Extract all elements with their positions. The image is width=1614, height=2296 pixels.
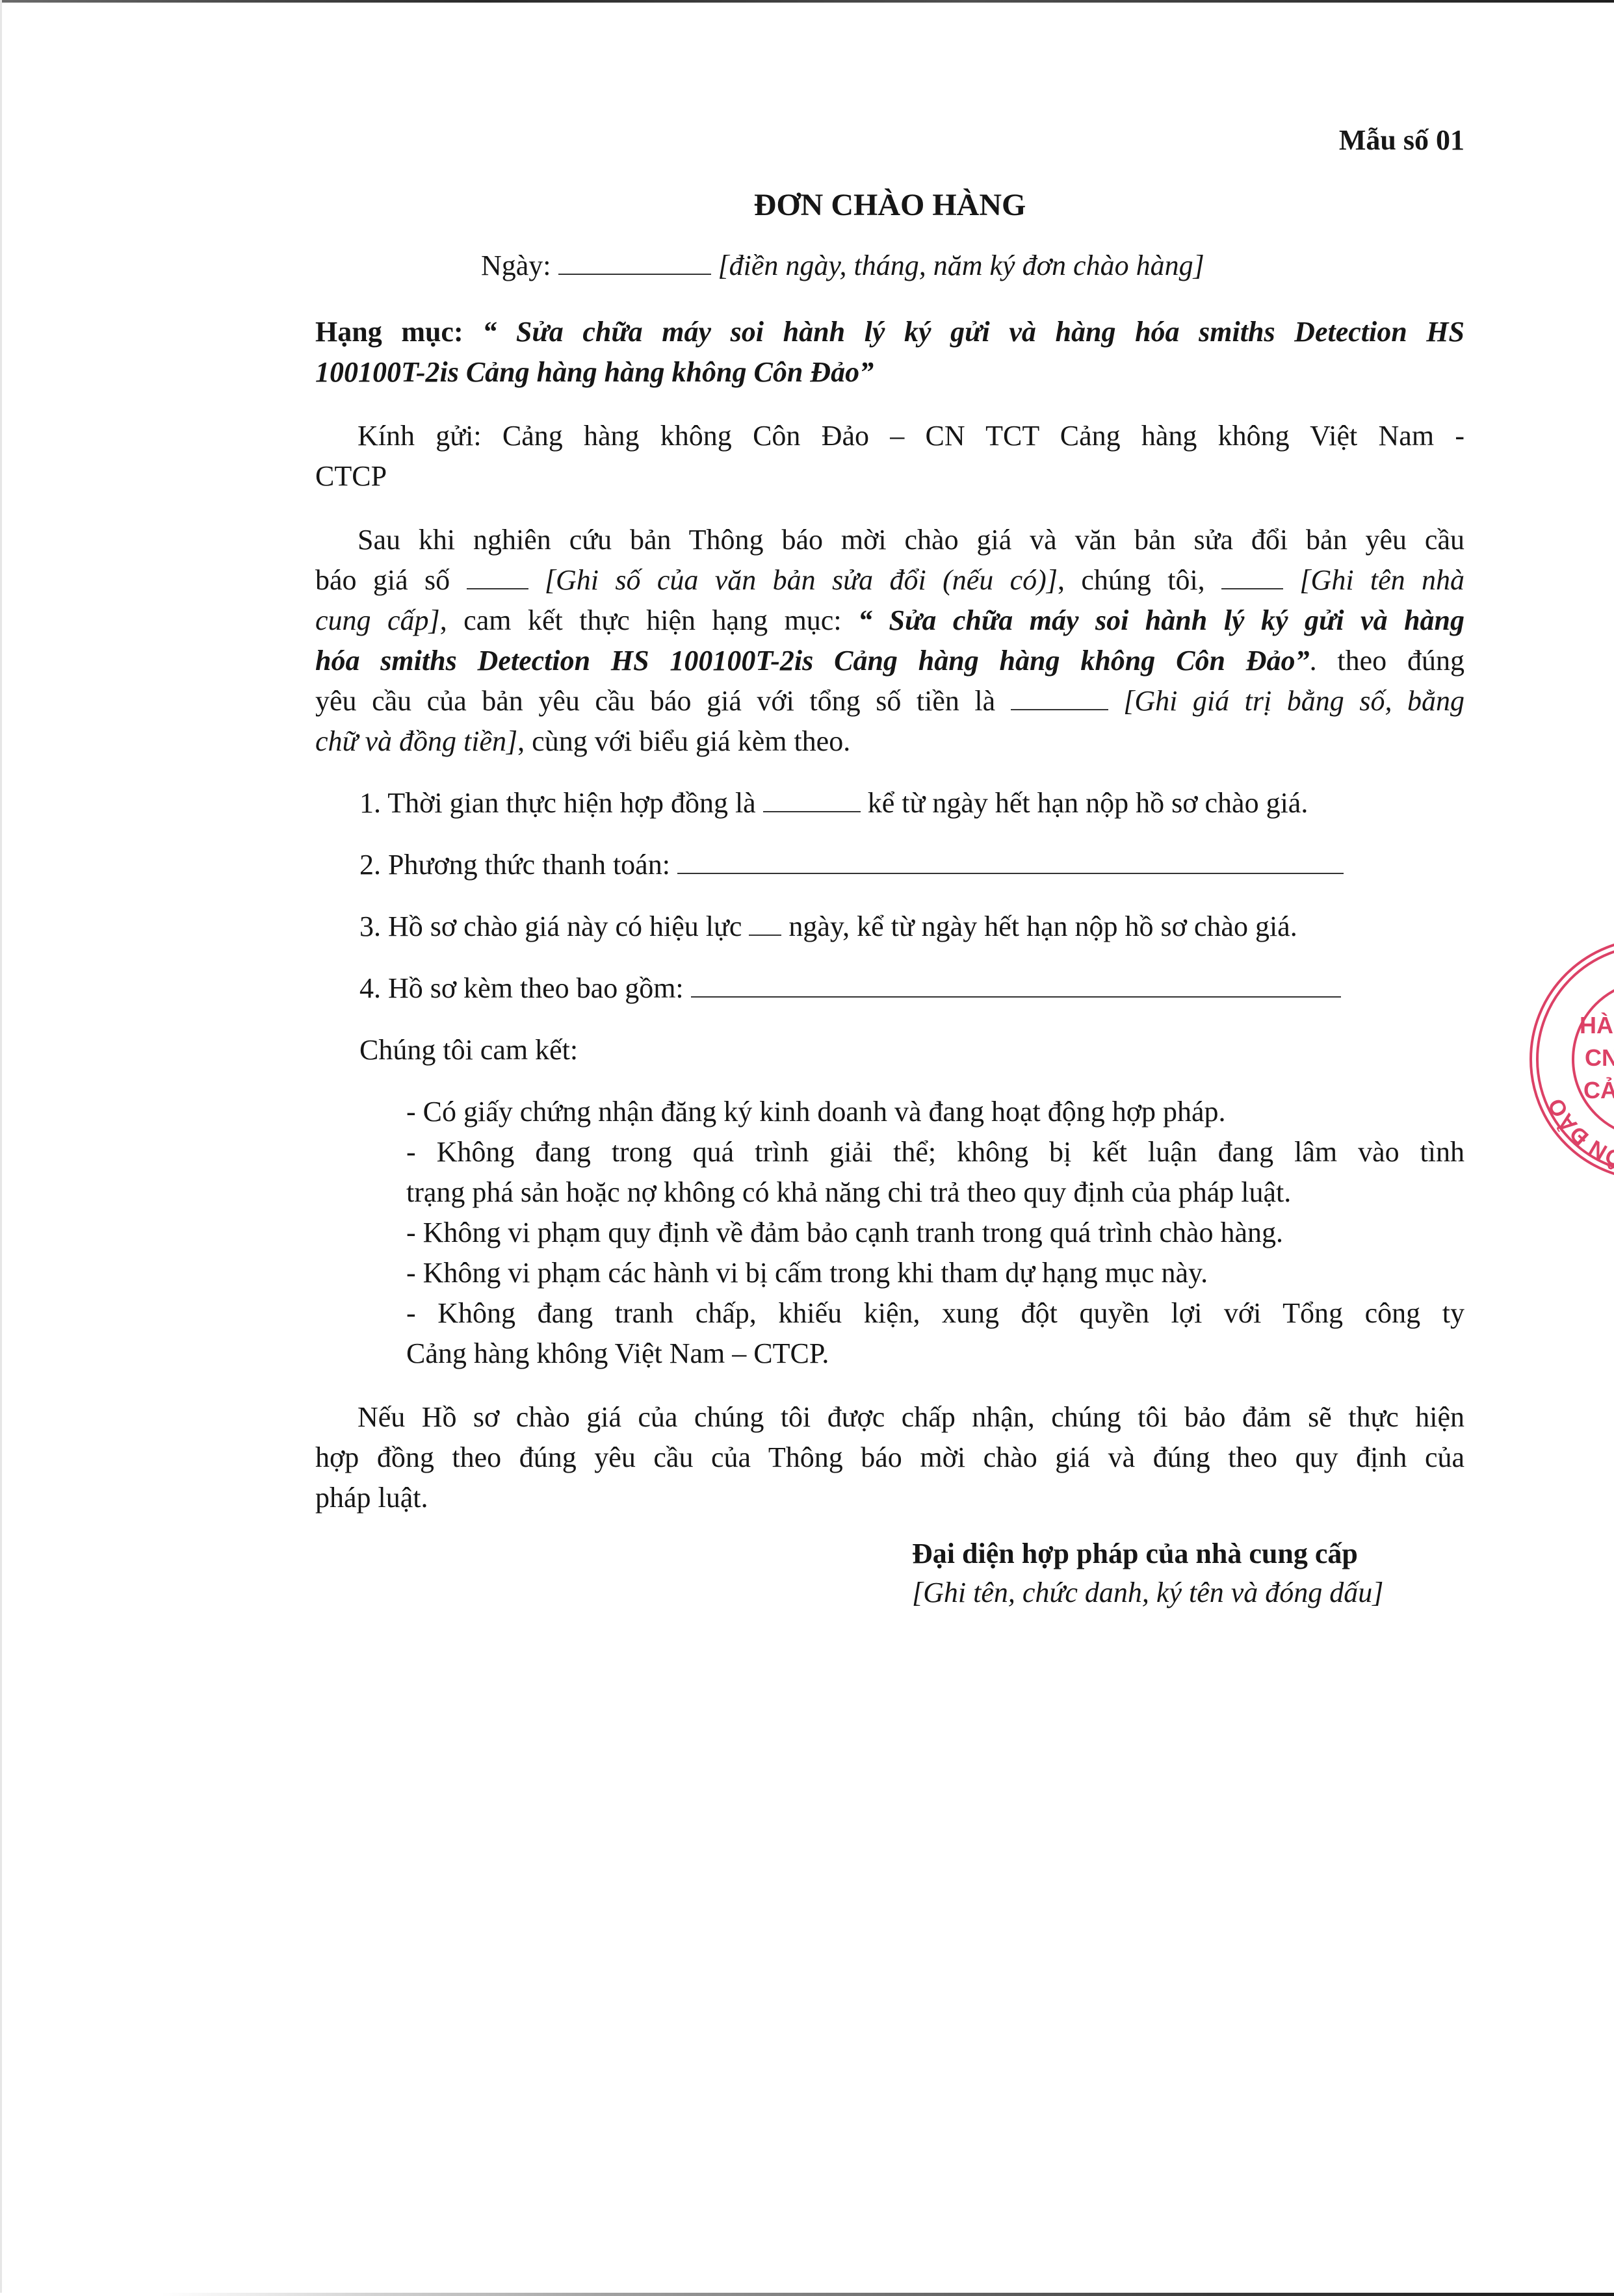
date-label: Ngày: [481,250,551,281]
intro-line-3: cung cấp], cam kết thực hiện hạng mục: “… [315,600,1464,641]
commitment-item: - Không vi phạm các hành vi bị cấm trong… [406,1253,1464,1293]
commitment-heading: Chúng tôi cam kết: [359,1030,578,1070]
intro-hint: [Ghi tên nhà [1299,564,1464,596]
term-text: 2. Phương thức thanh toán: [359,849,670,881]
item-name-2: 100100T-2is Cảng hàng hàng không Côn Đảo… [315,356,874,388]
signature-title: Đại diện hợp pháp của nhà cung cấp [912,1537,1358,1570]
item-line-2: 100100T-2is Cảng hàng hàng không Côn Đảo… [315,352,1464,393]
term-2: 2. Phương thức thanh toán: [359,845,1344,885]
term-text: 1. Thời gian thực hiện hợp đồng là [359,787,756,819]
intro-text: yêu cầu của bản yêu cầu báo giá với tổng… [315,685,995,717]
recipient-line-1: Kính gửi: Cảng hàng không Côn Đảo – CN T… [358,416,1464,456]
date-line: Ngày: [điền ngày, tháng, năm ký đơn chào… [481,246,1204,286]
closing-line-1: Nếu Hồ sơ chào giá của chúng tôi được ch… [358,1397,1464,1438]
intro-hint: chữ và đồng tiền] [315,725,517,757]
term-text: 4. Hồ sơ kèm theo bao gồm: [359,972,684,1004]
date-blank[interactable] [558,273,711,275]
svg-text:CN: CN [1585,1044,1614,1071]
scan-border-bottom [0,2293,1614,2296]
commitment-item: - Có giấy chứng nhận đăng ký kinh doanh … [406,1092,1464,1132]
intro-hint: [Ghi giá trị bằng số, bằng [1123,685,1464,717]
term-text: kể từ ngày hết hạn nộp hồ sơ chào giá. [868,787,1308,819]
scan-border-left [0,0,2,2296]
intro-hint: [Ghi số của văn bản sửa đổi (nếu có)] [545,564,1058,596]
date-placeholder: [điền ngày, tháng, năm ký đơn chào hàng] [718,250,1204,281]
term-1: 1. Thời gian thực hiện hợp đồng là kể từ… [359,783,1308,823]
intro-line-1: Sau khi nghiên cứu bản Thông báo mời chà… [358,520,1464,560]
intro-line-4: hóa smiths Detection HS 100100T-2is Cảng… [315,641,1464,681]
validity-days-blank[interactable] [749,934,781,936]
item-line-1: Hạng mục: “ Sửa chữa máy soi hành lý ký … [315,312,1464,352]
signature-note: [Ghi tên, chức danh, ký tên và đóng dấu] [912,1576,1383,1609]
intro-item-name: “ Sửa chữa máy soi hành lý ký gửi và hàn… [858,604,1464,636]
commitment-item: trạng phá sản hoặc nợ không có khả năng … [406,1172,1464,1213]
term-text: ngày, kể từ ngày hết hạn nộp hồ sơ chào … [788,910,1297,942]
amendment-number-blank[interactable] [467,587,528,589]
intro-text: báo giá số [315,564,450,596]
scan-border-top [0,0,1614,3]
intro-text: , cam kết thực hiện hạng mục: [440,604,842,636]
recipient-line-2: CTCP [315,456,1464,497]
stamp-inner-text: HÀN CN CẢ [1580,1012,1614,1103]
commitment-item: Cảng hàng không Việt Nam – CTCP. [406,1334,1464,1374]
commitment-item: - Không đang trong quá trình giải thể; k… [406,1132,1464,1172]
intro-text: , chúng tôi, [1058,564,1205,596]
form-number: Mẫu số 01 [1339,123,1464,157]
term-4: 4. Hồ sơ kèm theo bao gồm: [359,968,1341,1009]
document-title: ĐƠN CHÀO HÀNG [315,187,1464,223]
commitment-item: - Không đang tranh chấp, khiếu kiện, xun… [406,1293,1464,1334]
company-seal-stamp: M.S.C.N:03 ★ H.CÔN ĐẢO HÀN CN CẢ [1528,936,1614,1183]
item-label: Hạng mục: [315,316,463,348]
svg-text:CẢ: CẢ [1583,1077,1614,1103]
intro-item-name: hóa smiths Detection HS 100100T-2is Cảng… [315,645,1310,677]
total-amount-blank[interactable] [1011,708,1108,710]
contract-duration-blank[interactable] [763,810,861,812]
term-3: 3. Hồ sơ chào giá này có hiệu lực ngày, … [359,907,1297,947]
closing-line-3: pháp luật. [315,1478,1464,1518]
closing-line-2: hợp đồng theo đúng yêu cầu của Thông báo… [315,1438,1464,1478]
attachments-blank[interactable] [691,996,1341,998]
item-name-1: “ Sửa chữa máy soi hành lý ký gửi và hàn… [482,316,1464,348]
supplier-name-blank[interactable] [1221,587,1283,589]
intro-line-5: yêu cầu của bản yêu cầu báo giá với tổng… [315,681,1464,721]
intro-text: , cùng với biểu giá kèm theo. [517,725,850,757]
intro-line-2: báo giá số [Ghi số của văn bản sửa đổi (… [315,560,1464,600]
stamp-ring-text: M.S.C.N:03 ★ H.CÔN ĐẢO [1543,1053,1614,1176]
term-text: 3. Hồ sơ chào giá này có hiệu lực [359,910,742,942]
svg-text:HÀN: HÀN [1580,1012,1614,1038]
intro-text: . theo đúng [1310,645,1464,677]
commitment-item: - Không vi phạm quy định về đảm bảo cạnh… [406,1213,1464,1253]
intro-hint: cung cấp] [315,604,440,636]
intro-line-6: chữ và đồng tiền], cùng với biểu giá kèm… [315,721,1464,762]
payment-method-blank[interactable] [677,872,1344,874]
